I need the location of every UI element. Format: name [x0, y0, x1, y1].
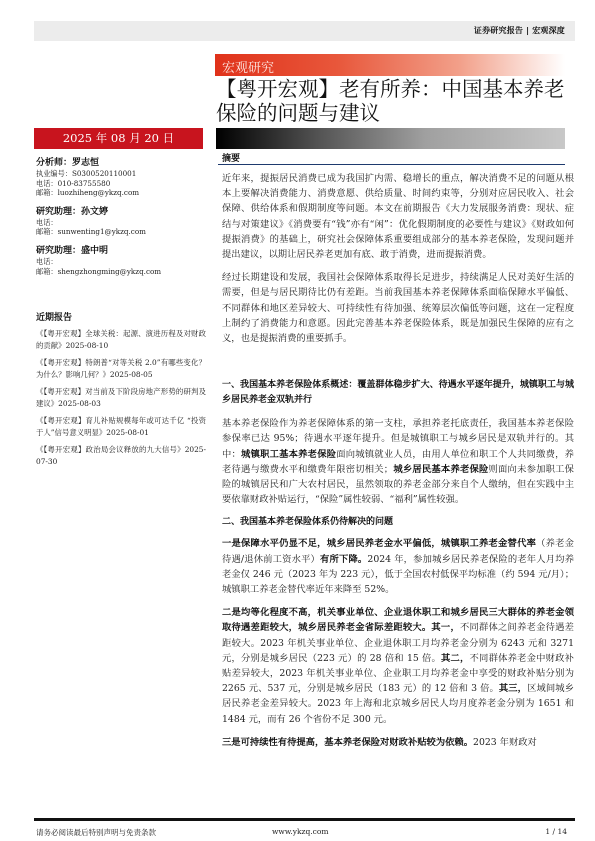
section-heading-2: 二、我国基本养老保险体系仍待解决的问题: [222, 515, 574, 530]
author-line: 执业编号：S0300520110001: [36, 169, 206, 179]
point-1-paragraph: 一是保障水平仍显不足，城乡居民养老金水平偏低，城镇职工养老金替代率（养老金待遇/…: [222, 536, 574, 597]
abstract-heading: 摘要: [222, 151, 240, 164]
point-2-paragraph: 二是均等化程度不高，机关事业单位、企业退休职工和城乡居民三大群体的养老金领取待遇…: [222, 605, 574, 727]
author-email[interactable]: 邮箱：sunwenting1@ykzq.com: [36, 227, 206, 237]
recent-report-link[interactable]: 《【粤开宏观】特朗普“对等关税 2.0”有哪些变化？为什么？影响几何？》2025…: [36, 357, 206, 381]
author-block: 分析师：罗志恒 执业编号：S0300520110001 电话：010-83755…: [36, 157, 206, 198]
recent-report-link[interactable]: 《【粤开宏观】对当前及下阶段房地产形势的研判及建议》2025-08-03: [36, 386, 206, 410]
author-block: 研究助理：盛中明 电话： 邮箱：shengzhongming@ykzq.com: [36, 245, 206, 276]
footer-website[interactable]: www.ykzq.com: [272, 827, 329, 836]
abstract-paragraph: 经过长期建设和发展，我国社会保障体系取得长足进步，持续满足人民对美好生活的需要，…: [222, 270, 574, 346]
author-line: 电话：: [36, 257, 206, 267]
bold-lead: 三是可持续性有待提高，基本养老保险对财政补贴较为依赖。: [222, 737, 473, 748]
point-3-paragraph: 三是可持续性有待提高，基本养老保险对财政补贴较为依赖。2023 年财政对: [222, 735, 574, 750]
author-role: 研究助理：盛中明: [36, 245, 206, 257]
bold-term: 城镇职工基本养老保险: [241, 449, 336, 460]
report-date: 2025 年 08 月 20 日: [34, 128, 203, 149]
author-role: 分析师：罗志恒: [36, 157, 206, 169]
report-title: 【粤开宏观】老有所养：中国基本养老保险的问题与建议: [216, 77, 581, 125]
report-header-band: 证券研究报告 | 宏观深度: [34, 21, 575, 41]
recent-reports-heading: 近期报告: [36, 314, 206, 324]
footer-rule: [34, 818, 575, 821]
text-run: 2023 年财政对: [473, 737, 537, 748]
recent-report-link[interactable]: 《【粤开宏观】全球关税：起源、演进历程及对财政的贡献》2025-08-10: [36, 328, 206, 352]
section-heading-1: 一、我国基本养老保险体系概述：覆盖群体稳步扩大、待遇水平逐年提升，城镇职工与城乡…: [222, 378, 574, 408]
recent-report-link[interactable]: 《【粤开宏观】育儿补贴规模每年或可达千亿 “投资于人”信号意义明显》2025-0…: [36, 415, 206, 439]
author-role: 研究助理：孙文婷: [36, 206, 206, 218]
recent-reports: 近期报告 《【粤开宏观】全球关税：起源、演进历程及对财政的贡献》2025-08-…: [36, 314, 206, 473]
author-info: 分析师：罗志恒 执业编号：S0300520110001 电话：010-83755…: [36, 157, 206, 276]
author-email[interactable]: 邮箱：luozhiheng@ykzq.com: [36, 188, 206, 198]
abstract-rule: [218, 164, 565, 165]
category-label: 宏观研究: [222, 57, 274, 76]
author-email[interactable]: 邮箱：shengzhongming@ykzq.com: [36, 267, 206, 277]
bold-lead: 其二，: [441, 653, 470, 664]
title-gradient-divider: [216, 128, 565, 149]
bold-lead: 有所下降。: [320, 554, 367, 565]
footer-disclaimer[interactable]: 请务必阅读最后特别声明与免责条款: [36, 827, 156, 838]
author-line: 电话：: [36, 218, 206, 228]
bold-lead: 其三，: [499, 683, 527, 694]
author-line: 电话：010-83755580: [36, 179, 206, 189]
bold-term: 城乡居民基本养老保险: [393, 464, 488, 475]
abstract-body: 近年来，提振居民消费已成为我国扩内需、稳增长的重点，解决消费不足的问题从根本上要…: [222, 171, 574, 758]
recent-report-link[interactable]: 《【粤开宏观】政治局会议释放的九大信号》2025-07-30: [36, 444, 206, 468]
page-number: 1 / 14: [545, 827, 567, 836]
bold-lead: 一是保障水平仍显不足，城乡居民养老金水平偏低，城镇职工养老金替代率: [222, 538, 536, 549]
section1-paragraph: 基本养老保险作为养老保障体系的第一支柱，承担养老托底责任，我国基本养老保险参保率…: [222, 416, 574, 507]
report-type-label: 证券研究报告 | 宏观深度: [474, 25, 565, 36]
author-block: 研究助理：孙文婷 电话： 邮箱：sunwenting1@ykzq.com: [36, 206, 206, 237]
abstract-paragraph: 近年来，提振居民消费已成为我国扩内需、稳增长的重点，解决消费不足的问题从根本上要…: [222, 171, 574, 262]
category-bar: 宏观研究: [215, 54, 565, 76]
